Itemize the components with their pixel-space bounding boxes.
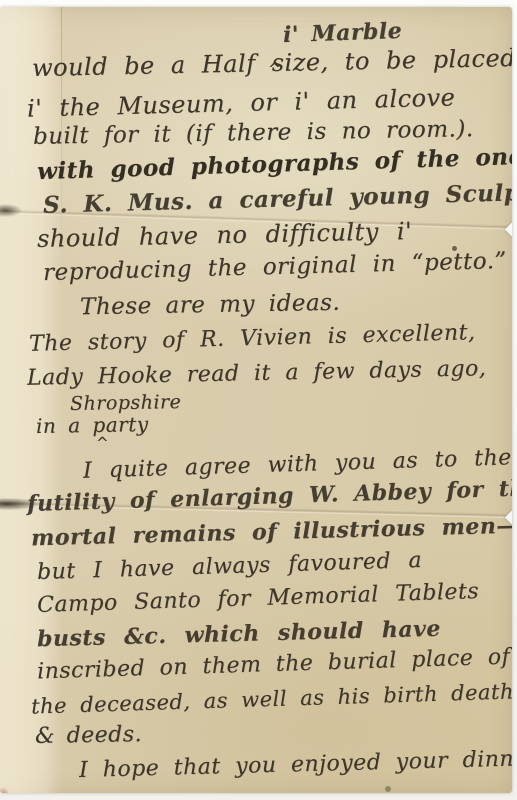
handwritten-line-12: in a party xyxy=(36,412,149,438)
handwritten-line-21: & deeds. xyxy=(35,722,142,749)
red-edge-mark xyxy=(0,787,10,793)
handwritten-line-5: S. K. Mus. a careful young Sculptor xyxy=(43,178,512,219)
handwritten-line-19: inscribed on them the burial place of xyxy=(37,645,511,685)
handwritten-line-18: busts &c. which should have xyxy=(37,616,441,653)
handwritten-line-3: built for it (if there is no room.). xyxy=(33,116,474,150)
handwritten-line-22: I hope that you enjoyed your dinner xyxy=(79,746,512,783)
handwritten-line-6: should have no difficulty i' xyxy=(37,217,413,253)
handwritten-line-9: The story of R. Vivien is excellent, xyxy=(29,320,476,357)
caret-insertion-mark-1: ^ xyxy=(268,60,281,78)
handwritten-line-8: These are my ideas. xyxy=(80,290,341,321)
edge-tear-mark-upper xyxy=(0,204,22,217)
photo-background: i' Marble would be a Half size, to be pl… xyxy=(0,0,517,800)
caret-insertion-mark-2: ^ xyxy=(96,434,109,452)
handwritten-line-7: reproducing the original in “petto.” xyxy=(43,248,507,286)
handwritten-insertion-marble: i' Marble xyxy=(283,18,403,48)
handwritten-line-20: the deceased, as well as his birth death xyxy=(31,679,512,718)
handwritten-insertion-shropshire: Shropshire xyxy=(70,391,182,415)
ink-speck xyxy=(385,786,391,792)
handwritten-line-17: Campo Santo for Memorial Tablets xyxy=(37,579,480,618)
letter-sheet: i' Marble would be a Half size, to be pl… xyxy=(0,7,512,793)
handwritten-line-16: but I have always favoured a xyxy=(37,548,423,585)
handwritten-line-10: Lady Hooke read it a few days ago, xyxy=(27,356,487,391)
handwritten-line-15: mortal remains of illustrious men— xyxy=(31,513,512,552)
